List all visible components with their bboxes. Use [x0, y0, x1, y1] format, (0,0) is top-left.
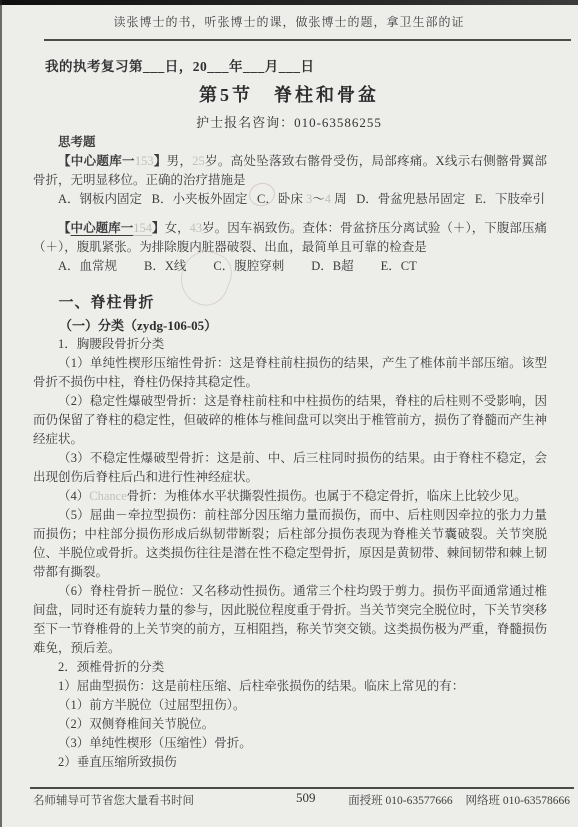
online-class-phone: 网络班 010-63578666: [466, 795, 570, 807]
answer-option: D．骨盆兜悬吊固定: [356, 190, 465, 209]
body-paragraph: （6）脊柱骨折－脱位：又名移动性损伤。通常三个柱均毁于剪力。损伤平面通常通过椎间…: [33, 582, 547, 658]
faint-printed-number: 25: [192, 154, 205, 168]
answer-option: C．腹腔穿刺: [213, 257, 284, 276]
footer-contact-numbers: 面授班 010-63577666 网络班 010-63578666: [338, 792, 570, 808]
answer-option: E．下肢牵引: [475, 190, 545, 209]
subsection-heading-classification: （一）分类（zydg-106-05）: [33, 316, 547, 335]
faint-printed-number: 43: [190, 221, 203, 235]
question-2-stem: 【中心题库一154】女，43岁。因车祸致伤。查体：骨盆挤压分离试验（＋），下腹部…: [33, 219, 547, 257]
answer-option: B．小夹板外固定: [152, 190, 248, 209]
scan-top-edge: [0, 0, 578, 5]
text-segment: 骨折：为椎体水平状撕裂性损伤。也属于不稳定骨折，临床上比较少见。: [127, 489, 527, 503]
body-paragraph: （3）不稳定性爆破型骨折：这是前、中、后三柱同时损伤的结果。由于脊柱不稳定，会出…: [33, 449, 547, 487]
faint-printed-number: Chance: [89, 489, 126, 503]
text-segment: （4）: [58, 489, 89, 503]
answer-option: B．X线: [144, 257, 186, 276]
body-paragraph: （1）单纯性楔形压缩性骨折：这是脊柱前柱损伤的结果，产生了椎体前半部压缩。该型骨…: [33, 354, 547, 392]
classification-paragraphs: 1．胸腰段骨折分类（1）单纯性楔形压缩性骨折：这是脊柱前柱损伤的结果，产生了椎体…: [33, 335, 547, 772]
think-questions-label: 思考题: [33, 133, 547, 152]
text-segment: 】: [154, 154, 167, 168]
text-segment: E．下肢牵引: [475, 192, 545, 206]
faint-printed-number: 154: [133, 221, 152, 235]
spacer: [33, 209, 547, 219]
text-segment: 【中心题库一: [58, 154, 135, 168]
spacer: [33, 276, 547, 288]
header-rule: [44, 39, 571, 41]
answer-option: D．B超: [311, 257, 353, 276]
body-paragraph: （3）单纯性楔形（压缩性）骨折。: [33, 734, 547, 753]
body-paragraph: （1）前方半脱位（过屈型扭伤）。: [33, 696, 547, 715]
body-paragraph: （4）Chance骨折：为椎体水平状撕裂性损伤。也属于不稳定骨折，临床上比较少见…: [33, 487, 547, 506]
body-paragraph: 2）垂直压缩所致损伤: [33, 753, 547, 772]
review-progress-line: 我的执考复习第___日，20___年___月___日: [45, 55, 315, 75]
question-1-options: A．钢板内固定B．小夹板外固定C．卧床 3～4 周D．骨盆兜悬吊固定E．下肢牵引: [33, 190, 547, 209]
answer-option: C．卧床 3～4 周: [257, 190, 347, 209]
text-segment: 【: [58, 221, 71, 235]
body-paragraph: （2）双侧脊椎间关节脱位。: [33, 715, 547, 734]
footer-slogan: 名师辅导可节省您大量看书时间: [33, 792, 194, 808]
text-segment: 中心题库一: [71, 221, 134, 235]
header-slogan: 读张博士的书，听张博士的课，做张博士的题，拿卫生部的证: [0, 13, 578, 30]
footer-rule: [30, 787, 574, 789]
body-paragraph: 2．颈椎骨折的分类: [33, 658, 547, 677]
answer-option: A．钢板内固定: [58, 190, 142, 209]
page-body: 思考题 【中心题库一153】男，25岁。高处坠落致右髂骨受伤，局部疼痛。X线示右…: [33, 133, 547, 772]
text-segment: C．卧床: [257, 192, 306, 206]
body-paragraph: （5）屈曲－牵拉型损伤：前柱部分因压缩力量而损伤，而中、后柱则因牵拉的张力力量而…: [33, 506, 547, 582]
answer-option: A．血常规: [58, 257, 117, 276]
text-segment: 】: [152, 221, 165, 235]
text-segment: ～: [312, 192, 325, 206]
question-2-options: A．血常规B．X线C．腹腔穿刺D．B超E．CT: [33, 257, 547, 276]
onsite-class-phone: 面授班 010-63577666: [348, 795, 452, 807]
body-paragraph: （2）稳定性爆破型骨折：这是脊柱前柱和中柱损伤的结果，脊柱的后柱则不受影响，因而…: [33, 392, 547, 449]
text-segment: D．骨盆兜悬吊固定: [356, 192, 465, 206]
scanned-book-page: 读张博士的书，听张博士的课，做张博士的题，拿卫生部的证 我的执考复习第___日，…: [0, 0, 578, 827]
text-segment: B．小夹板外固定: [152, 192, 248, 206]
body-paragraph: 1）屈曲型损伤：这是前柱压缩、后柱牵张损伤的结果。临床上常见的有：: [33, 677, 547, 696]
body-paragraph: 1．胸腰段骨折分类: [33, 335, 547, 354]
question-1-stem: 【中心题库一153】男，25岁。高处坠落致右髂骨受伤，局部疼痛。X线示右侧髂骨翼…: [33, 152, 547, 190]
answer-option: E．CT: [381, 257, 417, 276]
text-segment: 周: [331, 192, 347, 206]
page-title: 第5节 脊柱和骨盆: [0, 81, 578, 107]
text-segment: 女，: [165, 221, 190, 235]
page-number: 509: [296, 790, 316, 806]
registration-hotline: 护士报名咨询：010-63586255: [0, 112, 578, 131]
section-heading-spine-fracture: 一、脊柱骨折: [33, 292, 547, 314]
faint-printed-number: 153: [135, 154, 154, 168]
text-segment: 男，: [167, 154, 193, 168]
text-segment: A．钢板内固定: [58, 192, 142, 206]
